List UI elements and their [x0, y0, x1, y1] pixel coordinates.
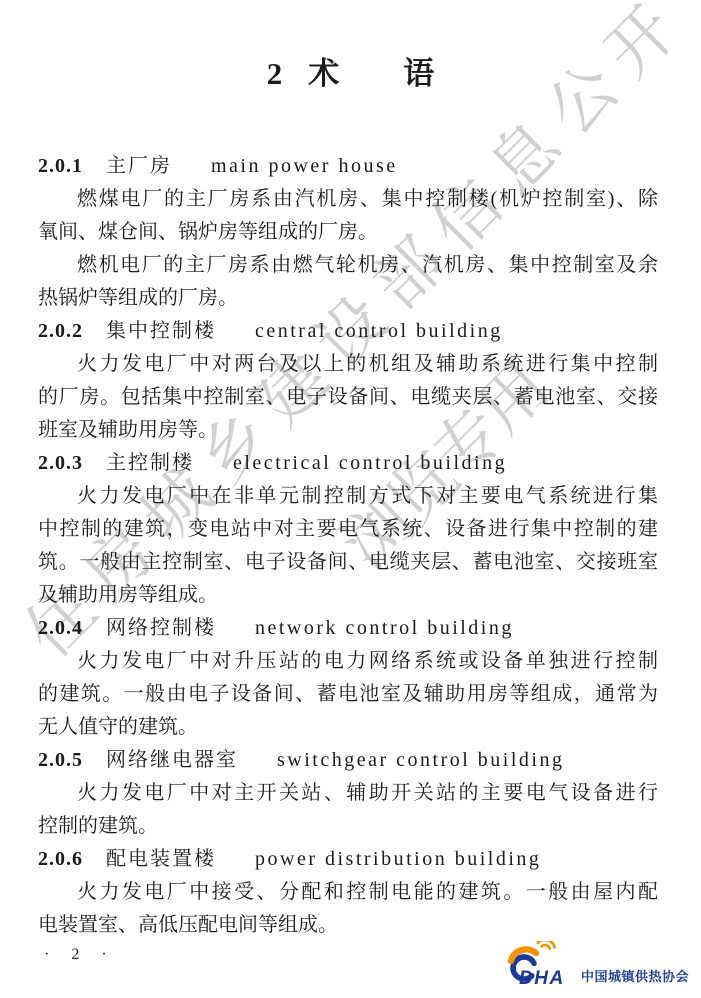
- body-line: 班室及辅助用房等。: [38, 414, 658, 447]
- body-line: 火力发电厂中接受、分配和控制电能的建筑。一般由屋内配: [38, 876, 658, 909]
- logo-association-name: 中国城镇供热协会: [581, 969, 689, 984]
- body-line: 热锅炉等组成的厂房。: [38, 282, 658, 315]
- body-line: 燃机电厂的主厂房系由燃气轮机房、汽机房、集中控制室及余: [38, 249, 658, 282]
- body-line: 的建筑。一般由电子设备间、蓄电池室及辅助用房等组成，通常为: [38, 678, 658, 711]
- term-zh: 网络继电器室: [106, 749, 238, 771]
- body-line: 火力发电厂中对主开关站、辅助开关站的主要电气设备进行: [38, 777, 658, 810]
- term-zh: 配电装置楼: [106, 848, 216, 870]
- chapter-title-word1: 术: [308, 48, 339, 93]
- clause-number: 2.0.3: [38, 452, 83, 474]
- clause-number: 2.0.1: [38, 155, 83, 177]
- term-zh: 主厂房: [106, 155, 172, 177]
- term-heading-2-0-3: 2.0.3 主控制楼 electrical control building: [38, 447, 658, 480]
- clause-number: 2.0.5: [38, 749, 83, 771]
- body-line: 电装置室、高低压配电间等组成。: [38, 909, 658, 942]
- term-heading-2-0-4: 2.0.4 网络控制楼 network control building: [38, 612, 658, 645]
- term-zh: 主控制楼: [106, 452, 194, 474]
- clause-number: 2.0.6: [38, 848, 83, 870]
- dha-logo-icon: DHA 中国城镇供热协会: [505, 941, 695, 995]
- term-en: power distribution building: [255, 848, 541, 870]
- clause-number: 2.0.2: [38, 320, 83, 342]
- term-zh: 集中控制楼: [106, 320, 216, 342]
- clause-number: 2.0.4: [38, 617, 83, 639]
- term-en: central control building: [255, 320, 503, 342]
- body-line: 氧间、煤仓间、锅炉房等组成的厂房。: [38, 216, 658, 249]
- body-line: 无人值守的建筑。: [38, 711, 658, 744]
- term-zh: 网络控制楼: [106, 617, 216, 639]
- term-en: electrical control building: [233, 452, 507, 474]
- association-logo: DHA 中国城镇供热协会: [505, 941, 695, 995]
- chapter-number: 2: [267, 56, 283, 92]
- body-line: 火力发电厂中对两台及以上的机组及辅助系统进行集中控制: [38, 348, 658, 381]
- term-heading-2-0-2: 2.0.2 集中控制楼 central control building: [38, 315, 658, 348]
- body-line: 火力发电厂中对升压站的电力网络系统或设备单独进行控制: [38, 645, 658, 678]
- chapter-title-word2: 语: [403, 48, 434, 93]
- body-line: 中控制的建筑，变电站中对主要电气系统、设备进行集中控制的建: [38, 513, 658, 546]
- term-heading-2-0-1: 2.0.1 主厂房 main power house: [38, 150, 658, 183]
- logo-wave-small-icon: [542, 945, 550, 949]
- terminology-content: 2.0.1 主厂房 main power house 燃煤电厂的主厂房系由汽机房…: [38, 150, 658, 942]
- logo-abbr: DHA: [519, 968, 565, 989]
- page-number: · 2 ·: [44, 946, 116, 964]
- page-title: 2 术 语: [0, 48, 701, 93]
- body-line: 控制的建筑。: [38, 810, 658, 843]
- body-line: 及辅助用房等组成。: [38, 579, 658, 612]
- term-en: network control building: [255, 617, 514, 639]
- term-heading-2-0-6: 2.0.6 配电装置楼 power distribution building: [38, 843, 658, 876]
- term-en: main power house: [211, 155, 398, 177]
- body-line: 火力发电厂中在非单元制控制方式下对主要电气系统进行集: [38, 480, 658, 513]
- document-page: 住房城乡建设部信息公开 浏览专用 2 术 语 2.0.1 主厂房 main po…: [0, 0, 701, 998]
- body-line: 燃煤电厂的主厂房系由汽机房、集中控制楼(机炉控制室)、除: [38, 183, 658, 216]
- term-en: switchgear control building: [277, 749, 564, 771]
- body-line: 的厂房。包括集中控制室、电子设备间、电缆夹层、蓄电池室、交接: [38, 381, 658, 414]
- body-line: 筑。一般由主控制室、电子设备间、电缆夹层、蓄电池室、交接班室: [38, 546, 658, 579]
- term-heading-2-0-5: 2.0.5 网络继电器室 switchgear control building: [38, 744, 658, 777]
